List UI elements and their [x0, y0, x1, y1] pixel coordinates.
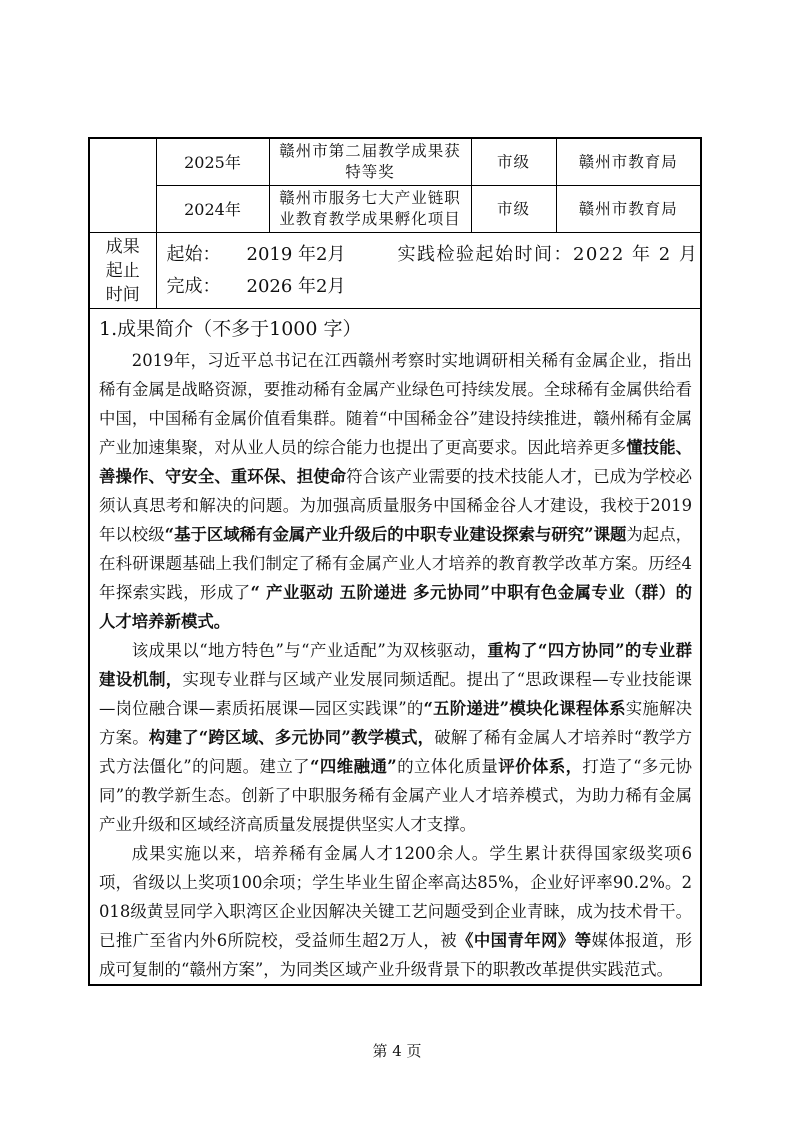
award-org: 赣州市教育局	[556, 138, 701, 186]
page-number: 第 4 页	[0, 1040, 794, 1061]
bold-text-run: “五阶递进”模块化课程体系	[424, 699, 626, 718]
award-level: 市级	[471, 138, 556, 186]
bold-text-run: 构建了“跨区域、多元协同”教学模式，	[149, 728, 434, 747]
bold-text-run: 《中国青年网》等	[457, 931, 592, 950]
text-run: 2019年，习近平总书记在江西赣州考察时实地调研相关稀有金属企业，指出稀有金属是…	[99, 351, 692, 457]
bold-text-run: “四维融通”	[310, 757, 397, 776]
award-row: 2025年 赣州市第二届教学成果获特等奖 市级 赣州市教育局	[89, 138, 701, 186]
duration-content-cell: 起始：2019 年2月实践检验起始时间：2022 年 2 月 完成：2026 年…	[156, 233, 701, 309]
document-page: 2025年 赣州市第二届教学成果获特等奖 市级 赣州市教育局 2024年 赣州市…	[0, 0, 794, 1123]
award-category-cell-empty	[89, 138, 156, 233]
duration-start-line: 起始：2019 年2月实践检验起始时间：2022 年 2 月	[157, 239, 701, 271]
paragraph: 成果实施以来，培养稀有金属人才1200余人。学生累计获得国家级奖项6项，省级以上…	[99, 839, 692, 984]
award-org: 赣州市教育局	[556, 186, 701, 233]
bold-text-run: “基于区域稀有金属产业升级后的中职专业建设探索与研究”课题	[165, 525, 627, 544]
duration-finish-label: 完成：	[167, 276, 221, 297]
award-name: 赣州市第二届教学成果获特等奖	[269, 138, 471, 186]
summary-paragraphs: 2019年，习近平总书记在江西赣州考察时实地调研相关稀有金属企业，指出稀有金属是…	[99, 346, 692, 984]
duration-row: 成果起止时间 起始：2019 年2月实践检验起始时间：2022 年 2 月 完成…	[89, 233, 701, 309]
bold-text-run: 评价体系，	[498, 757, 582, 776]
summary-section-title: 1.成果简介（不多于1000 字）	[99, 315, 692, 343]
award-row: 2024年 赣州市服务七大产业链职业教育教学成果孵化项目 市级 赣州市教育局	[89, 186, 701, 233]
summary-row: 1.成果简介（不多于1000 字） 2019年，习近平总书记在江西赣州考察时实地…	[89, 309, 701, 986]
duration-finish-value: 2026 年2月	[247, 276, 346, 297]
duration-label-cell: 成果起止时间	[89, 233, 156, 309]
duration-label: 成果起止时间	[104, 235, 141, 307]
practice-check-time: 实践检验起始时间：2022 年 2 月	[397, 244, 698, 265]
text-run: 的立体化质量	[397, 757, 499, 776]
summary-cell: 1.成果简介（不多于1000 字） 2019年，习近平总书记在江西赣州考察时实地…	[89, 309, 701, 986]
award-name: 赣州市服务七大产业链职业教育教学成果孵化项目	[269, 186, 471, 233]
paragraph: 该成果以“地方特色”与“产业适配”为双核驱动，重构了“四方协同”的专业群建设机制…	[99, 636, 692, 839]
duration-start-label: 起始：	[167, 244, 221, 265]
paragraph: 2019年，习近平总书记在江西赣州考察时实地调研相关稀有金属企业，指出稀有金属是…	[99, 346, 692, 636]
text-run: 该成果以“地方特色”与“产业适配”为双核驱动，	[132, 641, 488, 660]
achievement-table: 2025年 赣州市第二届教学成果获特等奖 市级 赣州市教育局 2024年 赣州市…	[88, 137, 702, 986]
duration-start-value: 2019 年2月	[247, 244, 346, 265]
award-year: 2025年	[156, 138, 269, 186]
duration-finish-line: 完成：2026 年2月	[157, 271, 701, 303]
award-year: 2024年	[156, 186, 269, 233]
award-level: 市级	[471, 186, 556, 233]
